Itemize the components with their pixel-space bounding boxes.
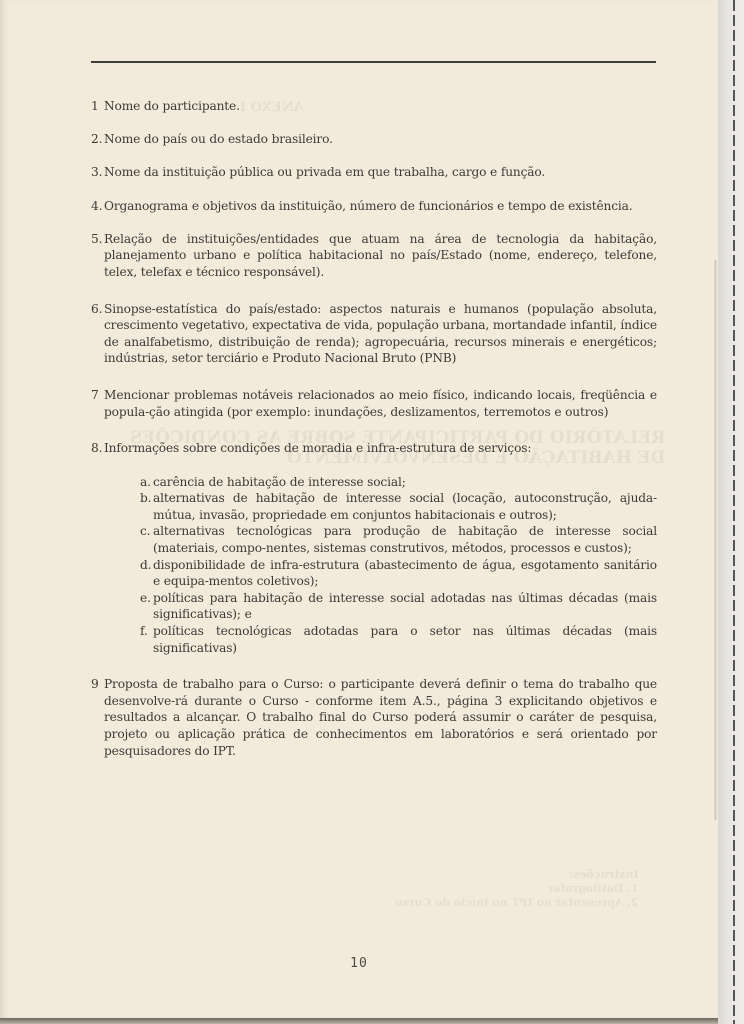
- subitem-text: políticas para habitação de interesse so…: [153, 591, 657, 622]
- item-text: Mencionar problemas notáveis relacionado…: [104, 388, 657, 419]
- subitem-letter: f.: [140, 623, 148, 640]
- list-item-1: 1 Nome do participante.: [91, 98, 657, 115]
- subitem-letter: d.: [140, 557, 151, 574]
- item-text: Nome do país ou do estado brasileiro.: [104, 132, 333, 146]
- item-text: Nome da instituição pública ou privada e…: [104, 165, 545, 179]
- item-number: 8.: [91, 440, 102, 457]
- sublist-item-e: e. políticas para habitação de interesse…: [140, 590, 657, 623]
- subitem-letter: e.: [140, 590, 151, 607]
- list-item-9: 9 Proposta de trabalho para o Curso: o p…: [91, 676, 657, 759]
- item-text: Informações sobre condições de moradia e…: [104, 441, 531, 455]
- sublist-item-b: b. alternativas de habitação de interess…: [140, 490, 657, 523]
- subitem-text: políticas tecnológicas adotadas para o s…: [153, 624, 657, 655]
- questionnaire-list: 1 Nome do participante. 2. Nome do país …: [91, 98, 657, 776]
- item-number: 4.: [91, 198, 102, 215]
- subitem-letter: a.: [140, 474, 151, 491]
- sublist-item-a: a. carência de habitação de interesse so…: [140, 474, 657, 491]
- list-item-3: 3. Nome da instituição pública ou privad…: [91, 164, 657, 181]
- subitem-text: alternativas tecnológicas para produção …: [153, 524, 657, 555]
- subitem-text: carência de habitação de interesse socia…: [153, 475, 406, 489]
- item-text: Sinopse-estatística do país/estado: aspe…: [104, 302, 657, 366]
- sublist-item-c: c. alternativas tecnológicas para produç…: [140, 523, 657, 556]
- page-left-edge: [0, 0, 6, 1018]
- item-number: 5.: [91, 231, 102, 248]
- page-number: 10: [0, 956, 718, 971]
- item-number: 2.: [91, 131, 102, 148]
- show-through-notes: Instruções:1. Datilografar2. Apresentar …: [395, 868, 639, 910]
- item-number: 9: [91, 676, 99, 693]
- document-page: ANEXO I RELATÓRIO DO PARTICIPANTE SOBRE …: [0, 0, 718, 1018]
- list-item-8: 8. Informações sobre condições de moradi…: [91, 440, 657, 656]
- subitem-text: alternativas de habitação de interesse s…: [153, 491, 657, 522]
- item-text: Proposta de trabalho para o Curso: o par…: [104, 677, 657, 757]
- item-number: 3.: [91, 164, 102, 181]
- list-item-5: 5. Relação de instituições/entidades que…: [91, 231, 657, 281]
- sublist: a. carência de habitação de interesse so…: [104, 474, 657, 657]
- list-item-4: 4. Organograma e objetivos da instituiçã…: [91, 198, 657, 215]
- page-bottom-shadow: [0, 1018, 718, 1024]
- page-fold-crease: [714, 260, 717, 820]
- item-text: Relação de instituições/entidades que at…: [104, 232, 657, 279]
- list-item-6: 6. Sinopse-estatística do país/estado: a…: [91, 301, 657, 367]
- subitem-text: disponibilidade de infra-estrutura (abas…: [153, 558, 657, 589]
- item-text: Organograma e objetivos da instituição, …: [104, 199, 633, 213]
- sublist-item-d: d. disponibilidade de infra-estrutura (a…: [140, 557, 657, 590]
- perforation-line: [733, 0, 735, 1024]
- sublist-item-f: f. políticas tecnológicas adotadas para …: [140, 623, 657, 656]
- item-number: 1: [91, 98, 99, 115]
- item-number: 6.: [91, 301, 102, 318]
- subitem-letter: b.: [140, 490, 151, 507]
- item-text: Nome do participante.: [104, 99, 240, 113]
- list-item-7: 7 Mencionar problemas notáveis relaciona…: [91, 387, 657, 420]
- header-rule: [91, 61, 656, 63]
- subitem-letter: c.: [140, 523, 150, 540]
- item-number: 7: [91, 387, 99, 404]
- list-item-2: 2. Nome do país ou do estado brasileiro.: [91, 131, 657, 148]
- binding-strip: [718, 0, 744, 1024]
